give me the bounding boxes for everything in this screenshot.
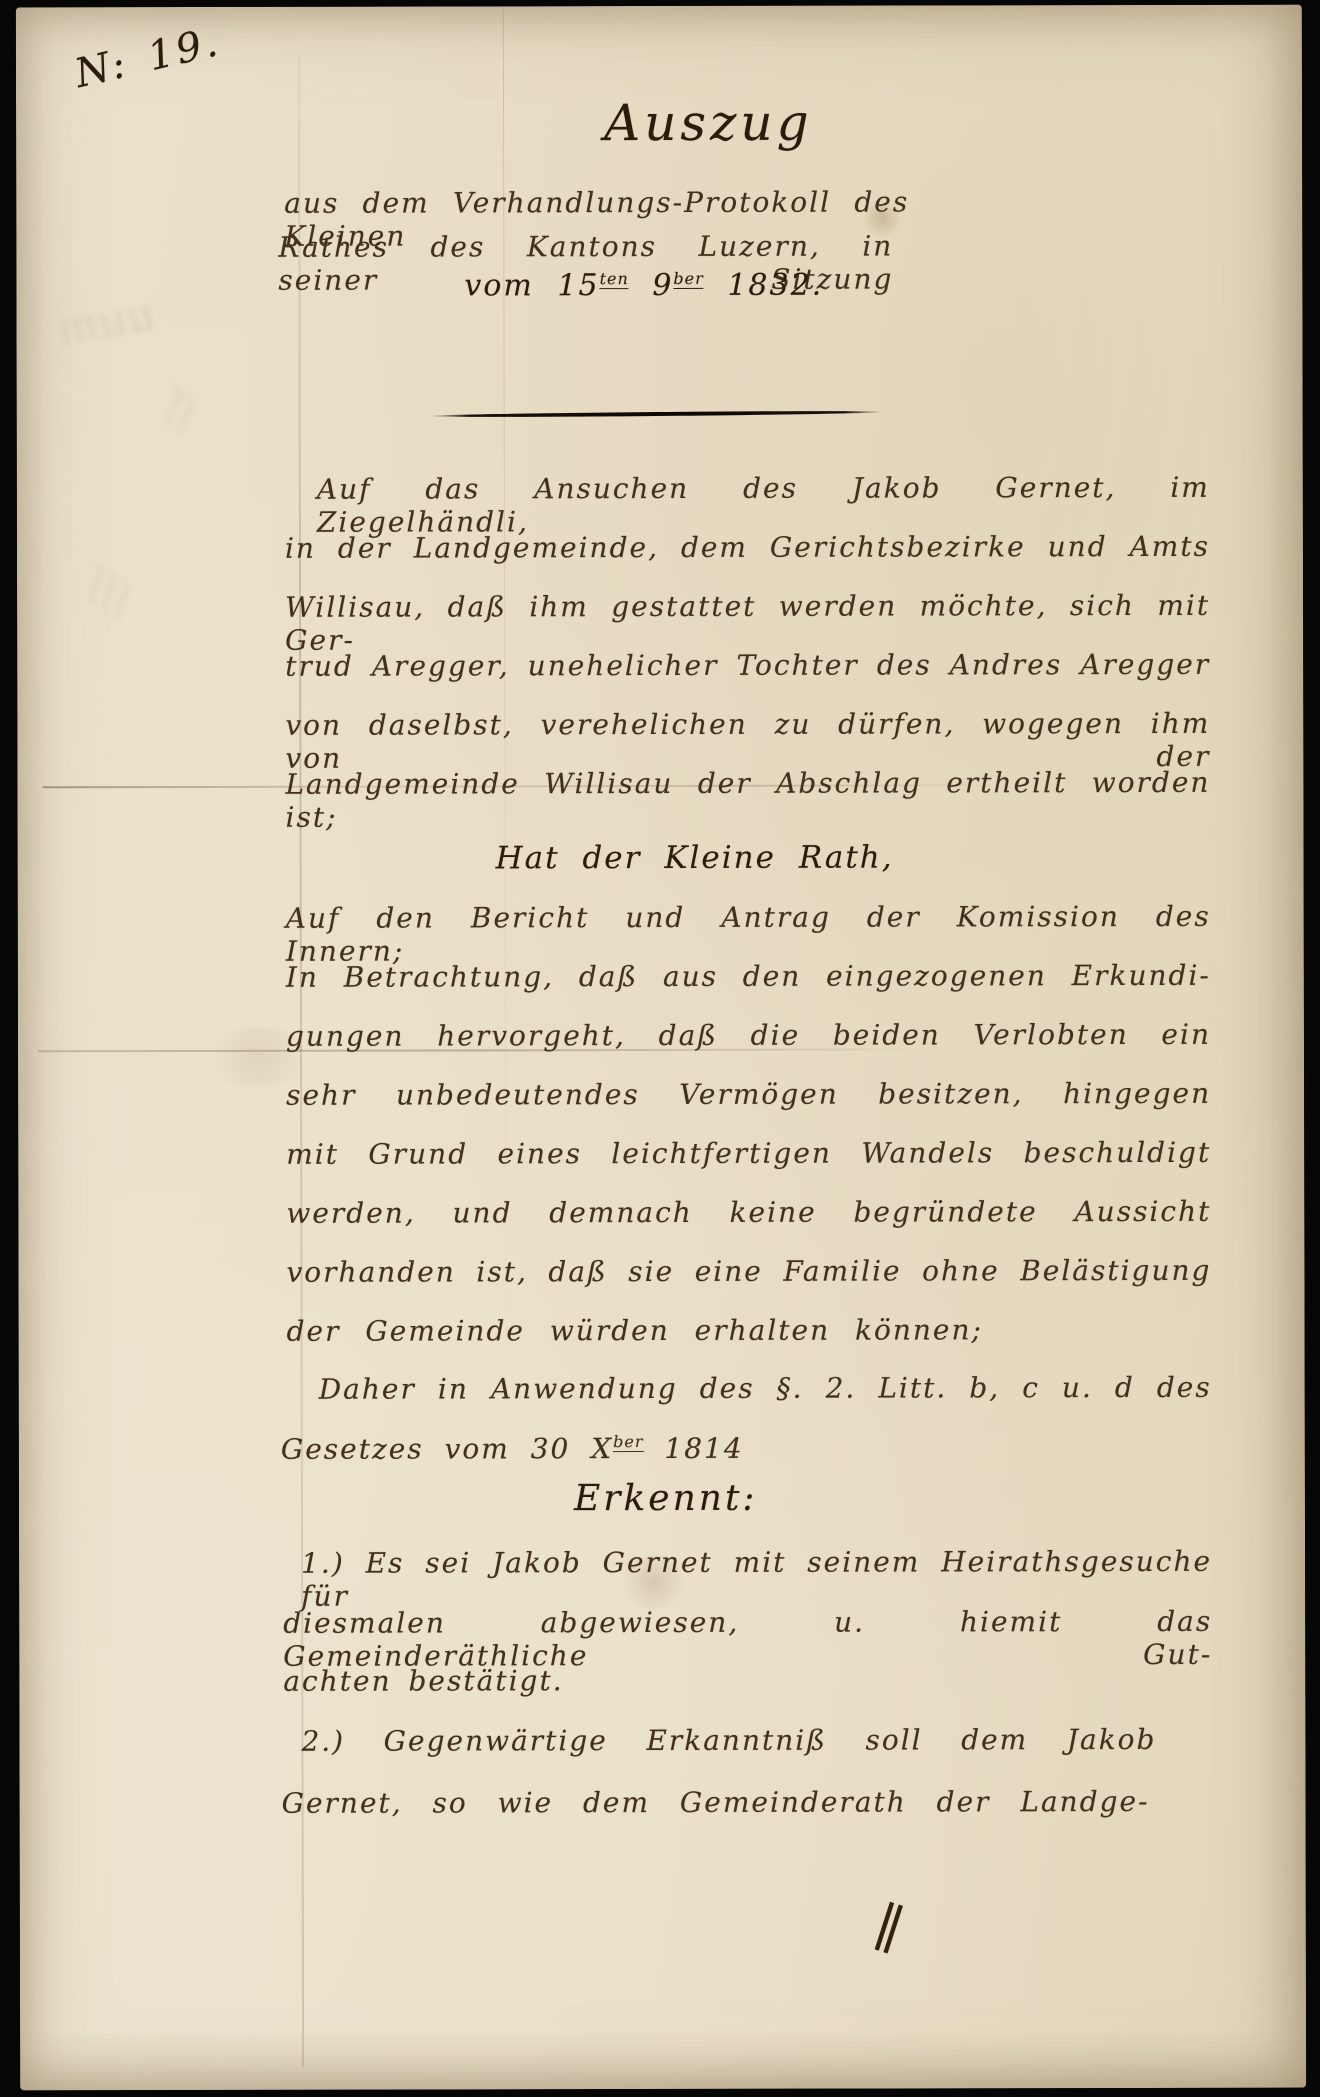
manuscript-line: in der Landgemeinde, dem Gerichtsbezirke… [285,530,1210,565]
manuscript-line: Willisau, daß ihm gestattet werden möcht… [285,589,1210,657]
manuscript-line: Gernet, so wie dem Gemeinderath der Land… [282,1785,1150,1820]
header-divider-rule [429,410,885,418]
manuscript-line: In Betrachtung, daß aus den eingezogenen… [286,959,1211,994]
date-text: 1832. [704,268,823,303]
manuscript-line: Auf das Ansuchen des Jakob Gernet, im Zi… [317,471,1210,539]
date-text: 9 [629,268,674,303]
manuscript-line: Auf den Bericht und Antrag der Komission… [286,900,1211,968]
manuscript-line: von daselbst, verehelichen zu dürfen, wo… [285,707,1210,775]
date-superscript: ber [673,269,703,289]
document-number: N: 19. [71,19,225,97]
ink-bleedthrough: ſſſ [79,559,140,621]
manuscript-line: achten bestätigt. [283,1664,563,1698]
law-date-text: 1814 [643,1432,743,1465]
date-text: vom 15 [464,268,599,303]
manuscript-line: 1.) Es sei Jakob Gernet mit seinem Heira… [301,1545,1212,1613]
law-date-text: Gesetzes vom 30 X [281,1432,613,1466]
manuscript-line: mit Grund eines leichtfertigen Wandels b… [286,1136,1211,1171]
ink-bleedthrough: uum [53,290,158,356]
manuscript-line: gungen hervorgeht, daß die beiden Verlob… [286,1018,1211,1053]
manuscript-line: trud Aregger, unehelicher Tochter des An… [285,648,1210,683]
manuscript-line: sehr unbedeutendes Vermögen besitzen, hi… [286,1077,1211,1112]
section-heading: Erkennt: [574,1478,758,1519]
manuscript-line: diesmalen abgewiesen, u. hiemit das Geme… [283,1605,1212,1673]
manuscript-line: vorhanden ist, daß sie eine Familie ohne… [286,1254,1211,1289]
ink-bleedthrough: ſſ [157,383,205,435]
catchword-mark: ∥ [867,1895,912,1963]
manuscript-line: 2.) Gegenwärtige Erkanntniß soll dem Jak… [301,1723,1156,1758]
manuscript-line: Daher in Anwendung des §. 2. Litt. b, c … [319,1371,1212,1406]
manuscript-line: Gesetzes vom 30 Xber 1814 [281,1432,744,1466]
vertical-fold-crease [298,57,304,2067]
section-heading: Hat der Kleine Rath, [496,840,894,877]
date-line: vom 15ten 9ber 1832. [464,268,823,304]
manuscript-line: Landgemeinde Willisau der Abschlag erthe… [285,766,1210,834]
document-title: Auszug [604,94,813,152]
manuscript-page: uum ſſſ ſſ N: 19. Auszug aus dem Verhand… [16,5,1306,2091]
date-superscript: ten [600,269,629,289]
manuscript-line: der Gemeinde würden erhalten können; [287,1313,983,1347]
manuscript-line: werden, und demnach keine begründete Aus… [286,1195,1211,1230]
law-date-superscript: ber [613,1432,643,1452]
